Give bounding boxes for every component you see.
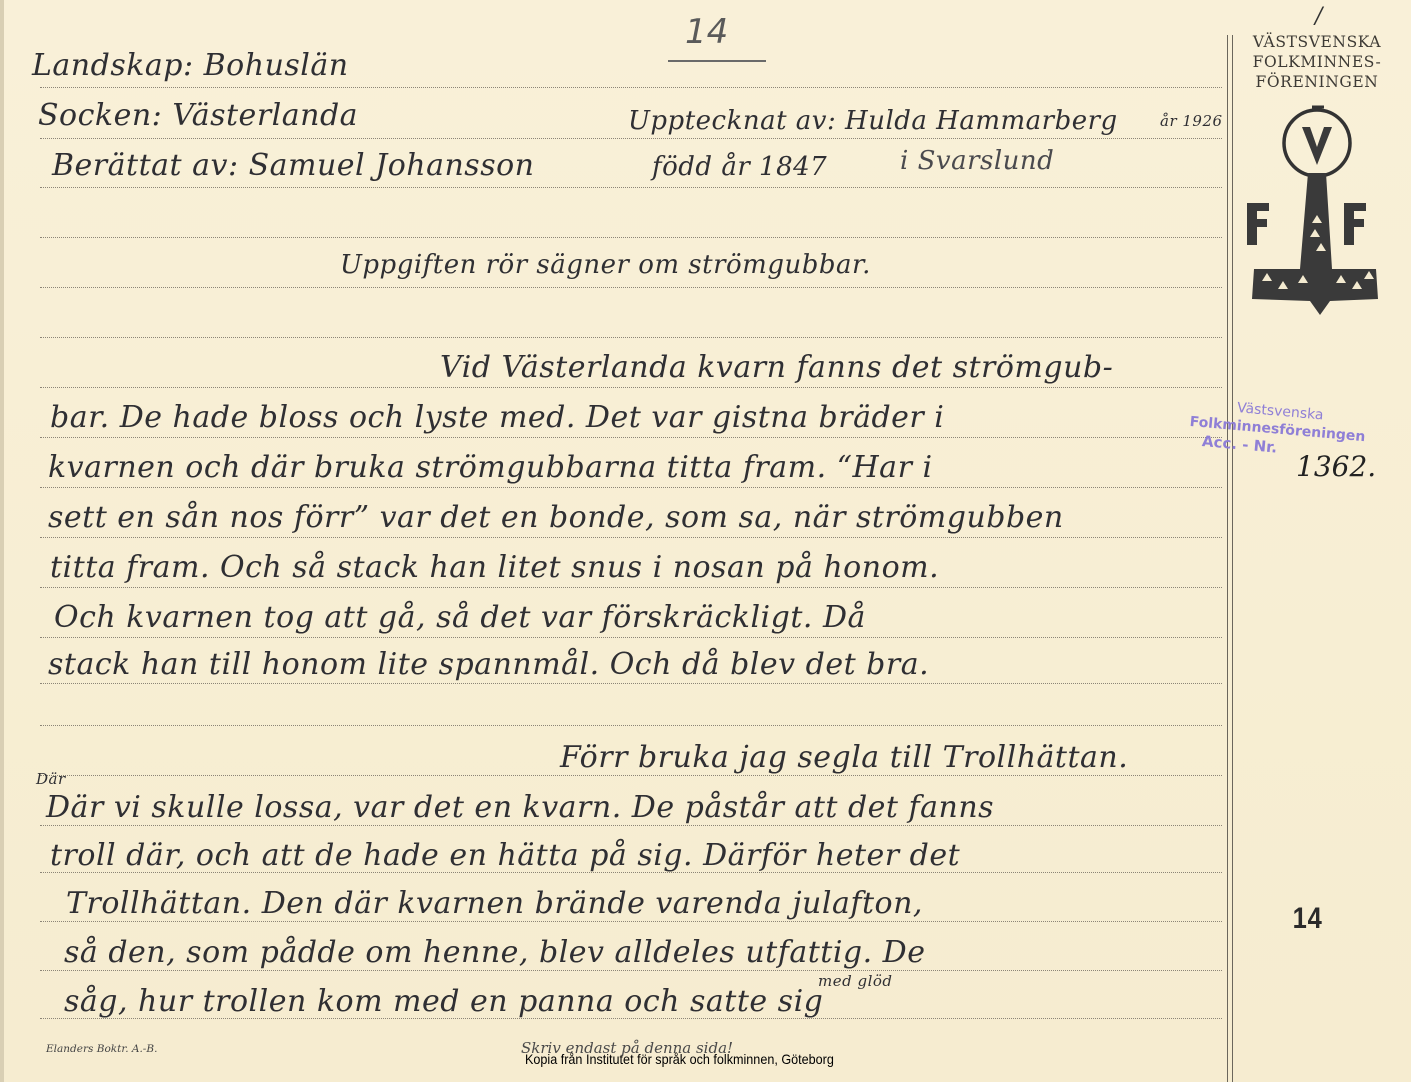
copy-notice: Kopia från Institutet för språk och folk… (525, 1051, 834, 1067)
body-line: troll där, och att de hade en hätta på s… (50, 838, 960, 873)
body-line: Förr bruka jag segla till Trollhättan. (560, 740, 1128, 775)
margin-insert: Där (36, 770, 66, 788)
field-beraettat: Berättat av: Samuel Johansson (52, 148, 534, 183)
body-line: Och kvarnen tog att gå, så det var försk… (54, 600, 866, 635)
org-name-line: FOLKMINNES- (1242, 52, 1392, 72)
ruled-line (40, 87, 1222, 88)
ruled-line (40, 337, 1222, 338)
vff-hammer-logo-icon: V (1240, 105, 1390, 320)
body-line: Vid Västerlanda kvarn fanns det strömgub… (440, 350, 1113, 385)
ruled-line (40, 683, 1222, 684)
body-line: bar. De hade bloss och lyste med. Det va… (50, 400, 944, 435)
ruled-line (40, 287, 1222, 288)
field-landskap: Landskap: Bohuslän (32, 48, 349, 83)
field-socken: Socken: Västerlanda (38, 98, 358, 133)
ruled-line (40, 187, 1222, 188)
ruled-line (40, 237, 1222, 238)
body-line: Trollhättan. Den där kvarnen brände vare… (66, 886, 923, 921)
interlinear-insert: med glöd (818, 972, 893, 990)
ruled-line (40, 637, 1222, 638)
corner-mark: / (1315, 4, 1322, 29)
org-name-line: FÖRENINGEN (1242, 72, 1392, 92)
ruled-line (40, 487, 1222, 488)
field-year-recorded: år 1926 (1160, 112, 1223, 130)
org-name-line: VÄSTSVENSKA (1242, 32, 1392, 52)
ruled-line (40, 387, 1222, 388)
ruled-line (40, 775, 1222, 776)
field-fodd: född år 1847 (652, 152, 827, 182)
story-title: Uppgiften rör sägner om strömgubbar. (340, 250, 871, 280)
page-number-underline (668, 60, 766, 62)
organization-name: VÄSTSVENSKA FOLKMINNES- FÖRENINGEN (1242, 32, 1392, 92)
printer-imprint: Elanders Boktr. A.-B. (46, 1043, 157, 1055)
field-upptecknat: Upptecknat av: Hulda Hammarberg (628, 106, 1118, 136)
margin-rule (1232, 35, 1233, 1082)
ruled-line (40, 537, 1222, 538)
ruled-line (40, 921, 1222, 922)
ruled-line (40, 437, 1222, 438)
body-line: Där vi skulle lossa, var det en kvarn. D… (46, 790, 994, 825)
printed-page-number: 14 (1293, 902, 1323, 936)
ruled-line (40, 587, 1222, 588)
accession-number: 1362. (1296, 450, 1376, 483)
ruled-line (40, 970, 1222, 971)
ruled-line (40, 138, 1222, 139)
body-line: kvarnen och där bruka strömgubbarna titt… (48, 450, 933, 485)
scan-edge (0, 0, 4, 1082)
handwritten-page-number: 14 (685, 12, 728, 52)
document-page: 14 Landskap: Bohuslän Socken: Västerland… (0, 0, 1411, 1082)
margin-rule (1227, 35, 1228, 1082)
body-line: stack han till honom lite spannmål. Och … (48, 647, 929, 682)
body-line: titta fram. Och så stack han litet snus … (50, 550, 939, 585)
ruled-line (40, 825, 1222, 826)
body-line: så den, som pådde om henne, blev alldele… (64, 935, 926, 970)
body-line: sett en sån nos förr” var det en bonde, … (48, 500, 1064, 535)
field-birthplace: i Svarslund (900, 146, 1054, 176)
ruled-line (40, 725, 1222, 726)
body-line: såg, hur trollen kom med en panna och sa… (64, 984, 823, 1019)
